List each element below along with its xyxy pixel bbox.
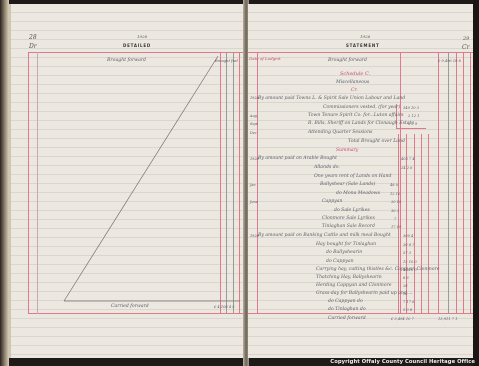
ledger-book: 28 Dr 1926 DETAILED Brought forward Brou… xyxy=(0,0,479,366)
inner-col-rule xyxy=(398,134,399,314)
entry-text: Grass-day for Ballyshearin paid up and .… xyxy=(316,291,413,296)
entry-text: Carrying hay, cutting thistles &c. Cappy… xyxy=(316,267,439,272)
subtotal-box xyxy=(396,128,426,129)
entry-text: do Cappyan xyxy=(326,259,354,264)
entry-text: do Cappyan do xyxy=(328,299,363,304)
entry-date: Jan xyxy=(250,183,256,187)
entry-amount: 300 4 xyxy=(403,234,413,238)
right-page-cr: Cr xyxy=(462,44,469,51)
entry-amount: 57 3 xyxy=(403,251,411,255)
section-heading-cr: Cr. xyxy=(351,88,358,93)
carried-forward-total: 13,911 7 1 xyxy=(438,317,457,321)
entry-text: do Sale Lyrikes xyxy=(334,208,370,213)
entry-date: Dec xyxy=(250,131,257,135)
copyright-watermark: Copyright Offaly County Council Heritage… xyxy=(330,359,475,365)
right-page-year: 1926 xyxy=(360,34,370,39)
amount-col-rule xyxy=(400,52,401,314)
entry-date: June xyxy=(250,200,258,204)
amount-col-rule xyxy=(438,52,439,314)
entry-text: One years rent of Lands on Hand xyxy=(314,174,391,179)
entry-amount: 48 0 xyxy=(390,183,398,187)
entry-amount: 18 xyxy=(403,292,408,296)
schedule-subtitle: Miscellaneous xyxy=(336,80,369,85)
entry-text: Allands do. xyxy=(314,165,340,170)
entry-text: Tinlaghan Sale Record xyxy=(322,224,375,229)
entry-amount: 5 0 8 xyxy=(403,308,412,312)
entry-text: By amount paid on Arable Bought xyxy=(258,156,337,161)
entry-text: R. Bills. Sheriff on Lands for Clonaugh … xyxy=(308,121,414,126)
carried-forward-amount: £ 4,108 4 5 xyxy=(214,305,235,309)
entry-amount: 20 10 xyxy=(391,200,401,204)
top-rule xyxy=(248,52,474,53)
entry-text: Clonmore Sale Lyrikes xyxy=(322,216,375,221)
right-page-number: 29 xyxy=(463,36,469,42)
entry-amount: 12 10 xyxy=(390,192,400,196)
entry-amount: 12 10 0 xyxy=(403,260,417,264)
entry-amount: 8 6 xyxy=(403,276,409,280)
inner-col-rule xyxy=(421,134,422,314)
entry-text: By amount paid Towns L. & Spirit Sale Un… xyxy=(258,96,405,101)
entry-amount: 30 8 7 xyxy=(403,243,414,247)
entry-text: Town Tenure Spirit Co. for...Luton affai… xyxy=(308,113,404,118)
right-page-heading: STATEMENT xyxy=(346,43,380,48)
entry-date: Aug xyxy=(250,114,257,118)
entry-text: Thatching Hay, Ballyshearin xyxy=(316,275,382,280)
entry-text: do Mona Meadows xyxy=(336,191,380,196)
date-col-rule xyxy=(257,52,258,314)
entry-text: By amount paid on Banking Cattle and mil… xyxy=(258,233,391,238)
brought-forward-label: Brought forward xyxy=(328,58,367,63)
section-heading-summary: Summary xyxy=(336,148,358,153)
entry-amount: 40 10 0 xyxy=(403,268,417,272)
entry-amount: 7 xyxy=(394,217,396,221)
entry-amount: 2 12 1 xyxy=(408,114,419,118)
inner-col-rule xyxy=(428,134,429,314)
entry-text: do Ballyshearin xyxy=(326,250,362,255)
inner-col-rule xyxy=(414,134,415,314)
entry-amount: 30 3 xyxy=(391,209,399,213)
entry-text: Total Brought over Land xyxy=(348,139,405,144)
col-rule xyxy=(470,52,471,314)
entry-amount: 340 10 3 xyxy=(403,106,419,110)
book-edge-right xyxy=(473,0,479,366)
entry-text: do Tinlaghan do xyxy=(328,307,366,312)
date-col-header: Date of Lodgmt xyxy=(249,56,281,61)
carried-forward-amount: £ 3,494 10 7 xyxy=(391,317,414,321)
col-rule xyxy=(456,52,457,314)
entry-text: Herding Cappyan and Clonmore xyxy=(316,283,391,288)
entry-amount: 17 10 xyxy=(391,225,401,229)
entry-text: Hay bought for Tinlaghan xyxy=(316,242,376,247)
schedule-title: Schedule C. xyxy=(340,71,370,77)
carried-forward-label: Carried forward xyxy=(111,304,149,309)
col-rule xyxy=(448,52,449,314)
carried-forward-label: Carried forward xyxy=(328,316,366,321)
entry-text: Ballyshear (Sale Lands) xyxy=(320,182,375,187)
entry-text: Cappyan xyxy=(322,199,342,204)
entry-text: Attending Quarter Sessions xyxy=(308,130,372,135)
entry-amount: 3 2 9 xyxy=(408,122,417,126)
entry-amount: 7 17 6 xyxy=(403,300,414,304)
left-page: 28 Dr 1926 DETAILED Brought forward Brou… xyxy=(8,4,248,358)
brought-forward-amount: £ 9,496 18 6 xyxy=(438,59,461,63)
bottom-rule xyxy=(248,313,474,314)
entry-date: Sept xyxy=(250,122,258,126)
entry-amount: 28 xyxy=(403,284,408,288)
entry-amount: 403 7 4 xyxy=(401,157,415,161)
col-rule xyxy=(463,52,464,314)
entry-text: Commissioners vested, (for year) xyxy=(323,105,400,110)
entry-amount: 24 2 6 xyxy=(401,166,412,170)
right-page: 1926 STATEMENT 29 Cr Date of Lodgmt Brou… xyxy=(248,4,474,358)
